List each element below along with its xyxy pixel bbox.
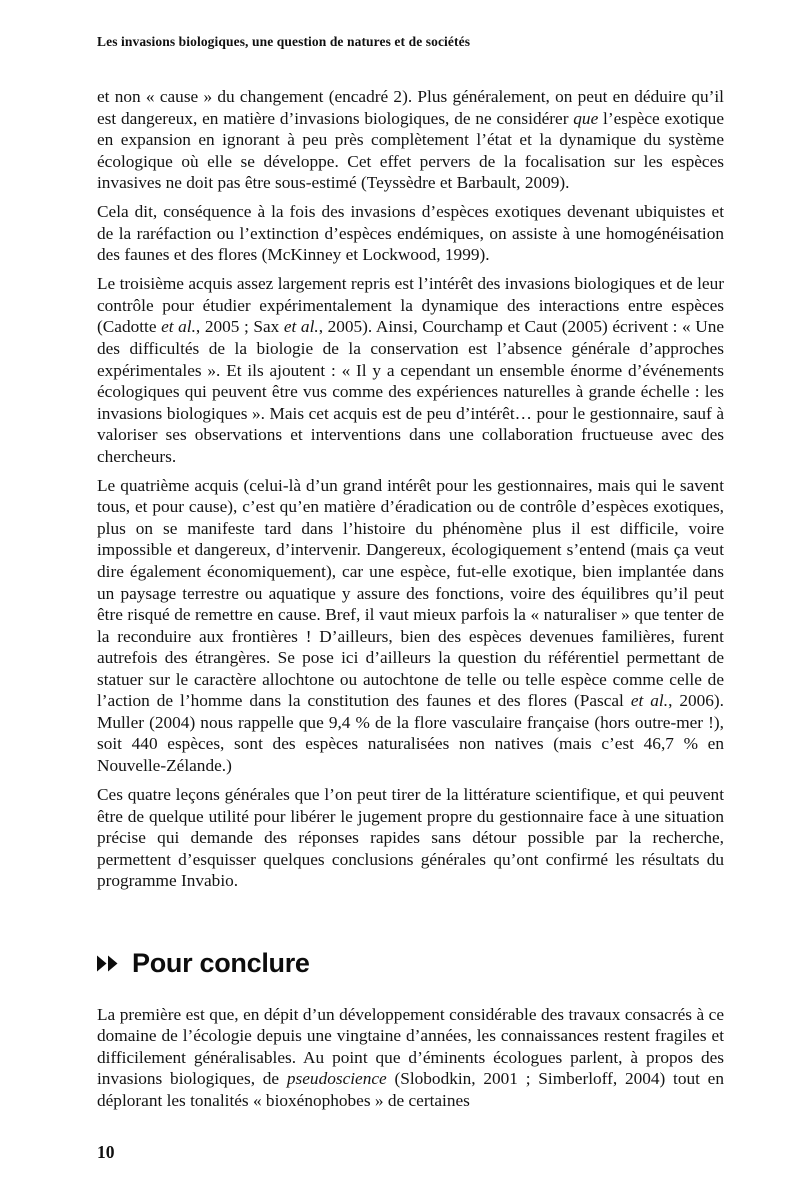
paragraph: Cela dit, conséquence à la fois des inva…: [97, 201, 724, 266]
document-page: Les invasions biologiques, une question …: [0, 0, 800, 1200]
fast-forward-icon: [97, 954, 122, 973]
paragraph: et non « cause » du changement (encadré …: [97, 86, 724, 194]
paragraph: La première est que, en dépit d’un dével…: [97, 1004, 724, 1112]
running-header: Les invasions biologiques, une question …: [97, 34, 724, 50]
paragraph: Ces quatre leçons générales que l’on peu…: [97, 784, 724, 892]
paragraph: Le quatrième acquis (celui-là d’un grand…: [97, 475, 724, 777]
page-number: 10: [97, 1142, 115, 1163]
section-heading: Pour conclure: [97, 948, 724, 978]
section-title: Pour conclure: [132, 948, 310, 978]
paragraph: Le troisième acquis assez largement repr…: [97, 273, 724, 467]
text-block: et non « cause » du changement (encadré …: [97, 86, 724, 1119]
